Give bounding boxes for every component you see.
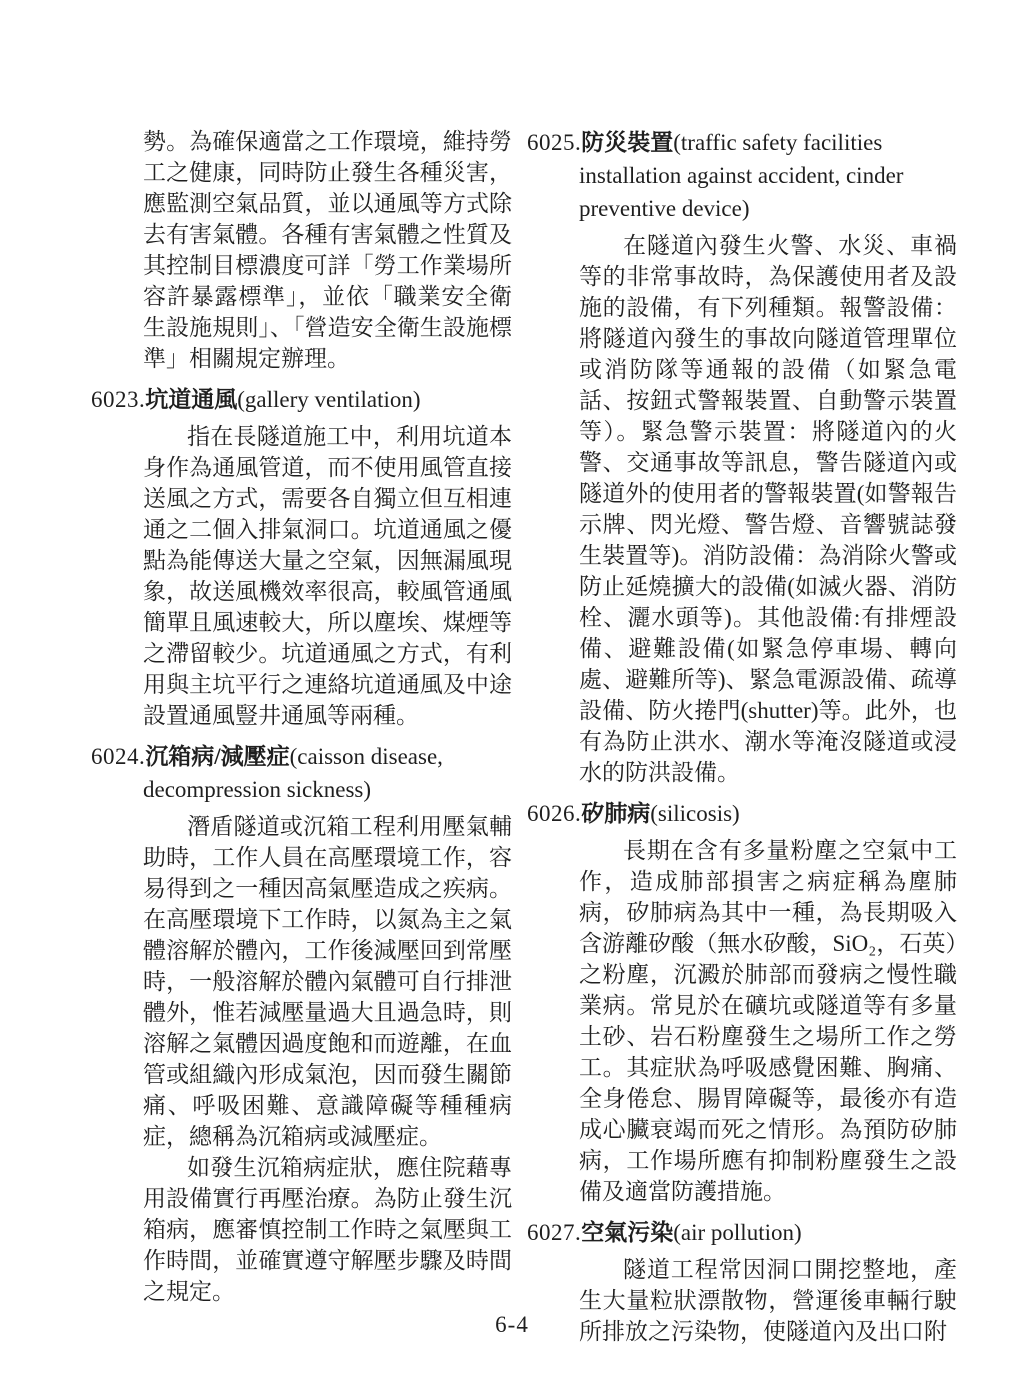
entry-heading: 6025.防災裝置(traffic safety facilities inst… bbox=[527, 126, 957, 225]
entry-term: 矽肺病 bbox=[581, 801, 650, 826]
entry-paragraph: 潛盾隧道或沉箱工程利用壓氣輔助時，工作人員在高壓環境工作，容易得到之一種因高氣壓… bbox=[143, 811, 512, 1152]
entry-paragraph: 如發生沉箱病症狀，應住院藉專用設備實行再壓治療。為防止發生沉箱病，應審慎控制工作… bbox=[143, 1152, 512, 1307]
entry-english-name: (gallery ventilation) bbox=[237, 387, 420, 412]
entry-heading: 6026.矽肺病(silicosis) bbox=[527, 797, 957, 830]
document-page: 勢。為確保適當之工作環境，維持勞工之健康，同時防止發生各種災害，應監測空氣品質，… bbox=[0, 0, 1024, 1400]
continuation-paragraph: 勢。為確保適當之工作環境，維持勞工之健康，同時防止發生各種災害，應監測空氣品質，… bbox=[143, 126, 512, 374]
entry-6024: 6024.沉箱病/減壓症(caisson disease, decompress… bbox=[91, 740, 512, 1307]
entry-english-name: (air pollution) bbox=[673, 1220, 801, 1245]
entry-heading: 6024.沉箱病/減壓症(caisson disease, decompress… bbox=[91, 740, 512, 806]
page-number: 6-4 bbox=[0, 1312, 1024, 1338]
entry-paragraph: 在隧道內發生火警、水災、車禍等的非常事故時，為保護使用者及設施的設備，有下列種類… bbox=[579, 230, 957, 788]
entry-heading: 6023.坑道通風(gallery ventilation) bbox=[91, 383, 512, 416]
entry-number: 6023. bbox=[91, 387, 145, 412]
entry-english-name: (silicosis) bbox=[650, 801, 739, 826]
entry-number: 6026. bbox=[527, 801, 581, 826]
entry-paragraph: 指在長隧道施工中，利用坑道本身作為通風管道，而不使用風管直接送風之方式，需要各自… bbox=[143, 421, 512, 731]
entry-heading: 6027.空氣污染(air pollution) bbox=[527, 1216, 957, 1249]
entry-6025: 6025.防災裝置(traffic safety facilities inst… bbox=[527, 126, 957, 788]
entry-term: 空氣污染 bbox=[581, 1220, 673, 1245]
entry-term: 沉箱病/減壓症 bbox=[145, 744, 289, 769]
entry-6023: 6023.坑道通風(gallery ventilation) 指在長隧道施工中，… bbox=[91, 383, 512, 731]
entry-6026: 6026.矽肺病(silicosis) 長期在含有多量粉塵之空氣中工作，造成肺部… bbox=[527, 797, 957, 1207]
entry-term: 坑道通風 bbox=[145, 387, 237, 412]
entry-paragraph: 長期在含有多量粉塵之空氣中工作，造成肺部損害之病症稱為塵肺病，矽肺病為其中一種，… bbox=[579, 835, 957, 1207]
right-column: 6025.防災裝置(traffic safety facilities inst… bbox=[527, 126, 957, 1347]
left-column: 勢。為確保適當之工作環境，維持勞工之健康，同時防止發生各種災害，應監測空氣品質，… bbox=[91, 126, 512, 1347]
entry-number: 6027. bbox=[527, 1220, 581, 1245]
entry-term: 防災裝置 bbox=[581, 130, 673, 155]
entry-number: 6025. bbox=[527, 130, 581, 155]
entry-number: 6024. bbox=[91, 744, 145, 769]
two-column-layout: 勢。為確保適當之工作環境，維持勞工之健康，同時防止發生各種災害，應監測空氣品質，… bbox=[91, 126, 957, 1347]
